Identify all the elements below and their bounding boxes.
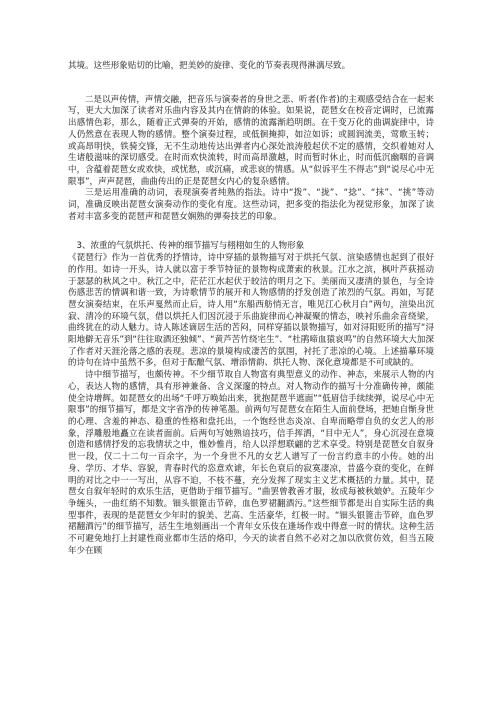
paragraph-details: 诗中细节描写，也颇传神。不少细节取自人物富有典型意义的动作、神态，来展示人物的内… — [68, 370, 434, 557]
document-page: 其境。这些形象贴切的比喻，把美妙的旋律、变化的节奏表现得淋漓尽致。 二是以声传情… — [0, 0, 500, 707]
text-block: 其境。这些形象贴切的比喻，把美妙的旋律、变化的节奏表现得淋漓尽致。 二是以声传情… — [68, 61, 434, 557]
section-heading-3: 3、浓重的气氛烘托、传神的细节描写与栩栩如生的人物形象 — [68, 241, 434, 253]
paragraph-verbs: 三是运用准确的动词，表现演奏者纯熟的指法。诗中“拨”、“拢”、“捻”、“抹”、“… — [68, 188, 434, 223]
paragraph-sound-emotion: 二是以声传情，声情交融，把音乐与演奏者的身世之悲、听者(作者)的主观感受结合在一… — [68, 95, 434, 189]
paragraph-scenery: 《琵琶行》作为一首优秀的抒情诗，诗中穿插的景物描写对于烘托气氛、渲染感情也起到了… — [68, 253, 434, 370]
paragraph-continuation: 其境。这些形象贴切的比喻，把美妙的旋律、变化的节奏表现得淋漓尽致。 — [68, 61, 434, 73]
